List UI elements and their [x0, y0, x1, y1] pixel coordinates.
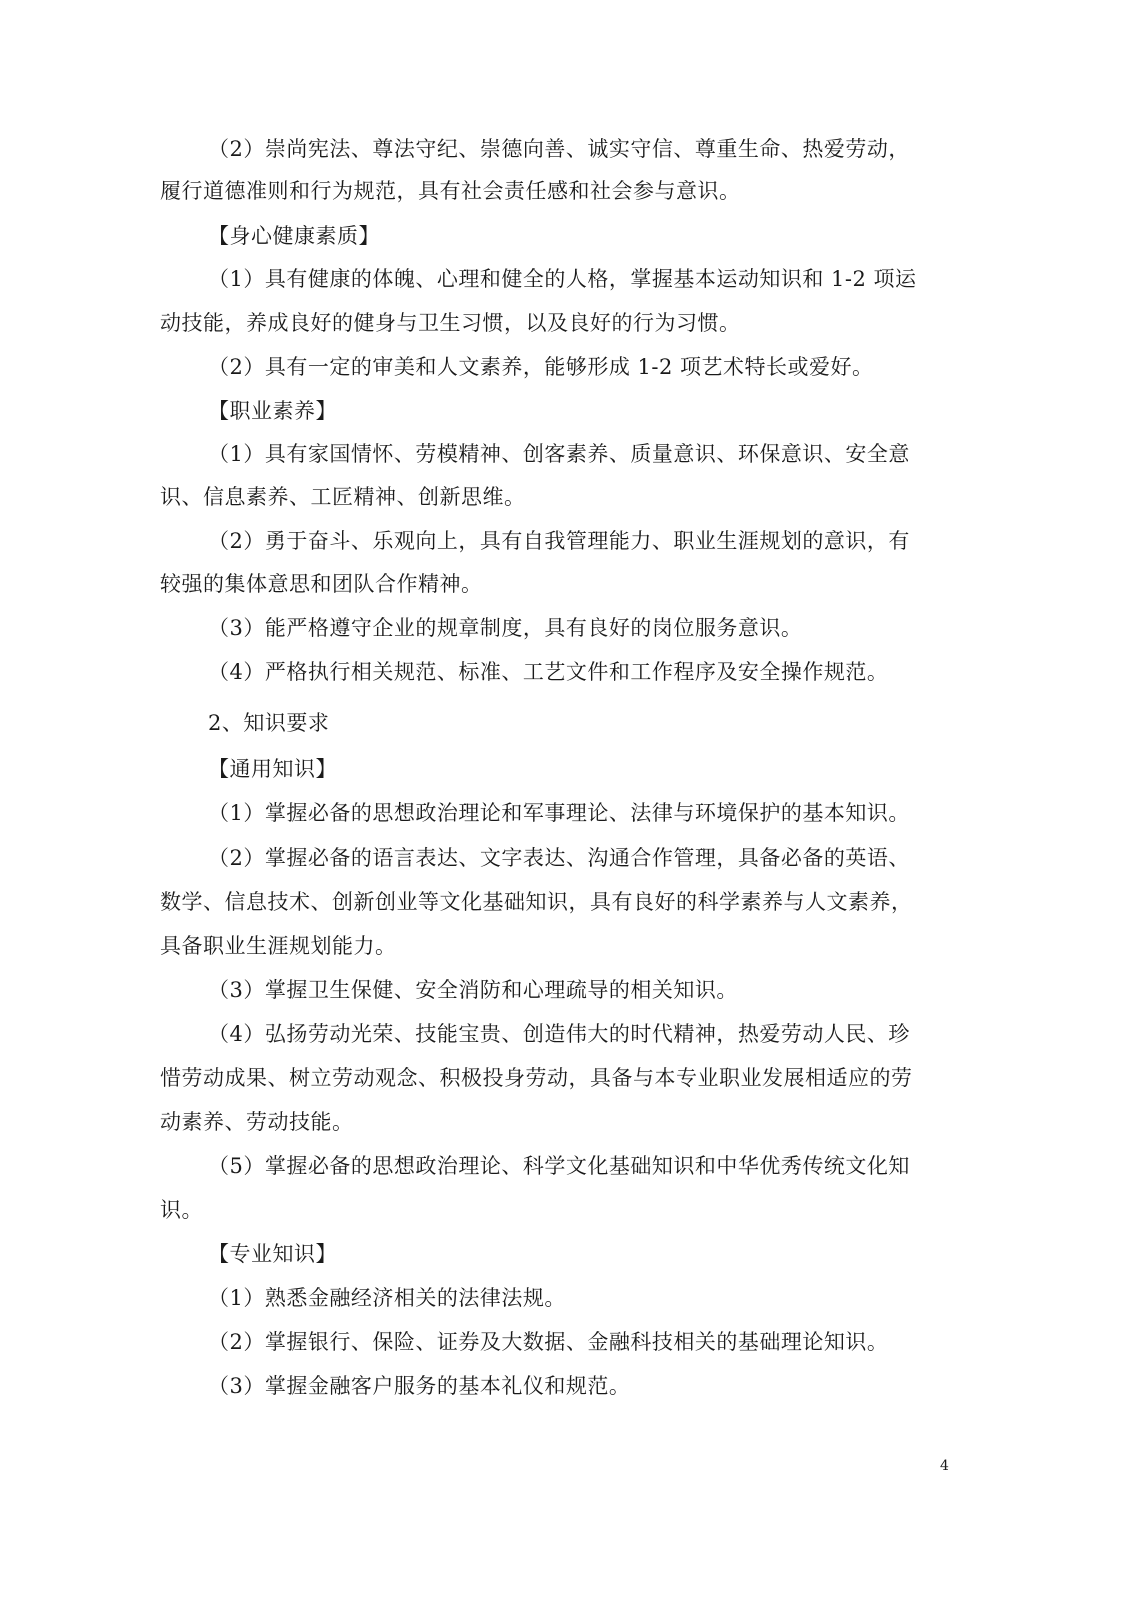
page-number: 4 — [940, 1458, 949, 1474]
text-line: 数学、信息技术、创新创业等文化基础知识，具有良好的科学素养与人文素养， — [160, 881, 940, 923]
text-line: 履行道德准则和行为规范，具有社会责任感和社会参与意识。 — [160, 170, 940, 212]
text-line: （1）具有健康的体魄、心理和健全的人格，掌握基本运动知识和 1-2 项运 — [208, 258, 988, 300]
text-line: 动技能，养成良好的健身与卫生习惯，以及良好的行为习惯。 — [160, 302, 940, 344]
text-line: 识。 — [160, 1189, 940, 1231]
text-line: 2、知识要求 — [208, 702, 988, 744]
text-line: （1）掌握必备的思想政治理论和军事理论、法律与环境保护的基本知识。 — [208, 792, 988, 834]
text-line: （2）勇于奋斗、乐观向上，具有自我管理能力、职业生涯规划的意识，有 — [208, 520, 988, 562]
text-line: （2）掌握银行、保险、证券及大数据、金融科技相关的基础理论知识。 — [208, 1321, 988, 1363]
text-line: 【职业素养】 — [208, 390, 988, 432]
text-line: 较强的集体意思和团队合作精神。 — [160, 563, 940, 605]
text-line: （5）掌握必备的思想政治理论、科学文化基础知识和中华优秀传统文化知 — [208, 1145, 988, 1187]
text-line: 【身心健康素质】 — [208, 215, 988, 257]
text-line: 具备职业生涯规划能力。 — [160, 925, 940, 967]
text-line: （3）掌握金融客户服务的基本礼仪和规范。 — [208, 1365, 988, 1407]
text-line: 动素养、劳动技能。 — [160, 1101, 940, 1143]
text-line: 【通用知识】 — [208, 748, 988, 790]
text-line: 【专业知识】 — [208, 1233, 988, 1275]
text-line: （4）严格执行相关规范、标准、工艺文件和工作程序及安全操作规范。 — [208, 651, 988, 693]
text-line: （1）熟悉金融经济相关的法律法规。 — [208, 1277, 988, 1319]
text-line: （2）崇尚宪法、尊法守纪、崇德向善、诚实守信、尊重生命、热爱劳动， — [208, 128, 988, 170]
document-page: （2）崇尚宪法、尊法守纪、崇德向善、诚实守信、尊重生命、热爱劳动，履行道德准则和… — [0, 0, 1131, 1600]
text-line: 惜劳动成果、树立劳动观念、积极投身劳动，具备与本专业职业发展相适应的劳 — [160, 1057, 940, 1099]
text-line: （3）掌握卫生保健、安全消防和心理疏导的相关知识。 — [208, 969, 988, 1011]
text-line: （3）能严格遵守企业的规章制度，具有良好的岗位服务意识。 — [208, 607, 988, 649]
text-line: （2）掌握必备的语言表达、文字表达、沟通合作管理，具备必备的英语、 — [208, 837, 988, 879]
text-line: 识、信息素养、工匠精神、创新思维。 — [160, 476, 940, 518]
text-line: （4）弘扬劳动光荣、技能宝贵、创造伟大的时代精神，热爱劳动人民、珍 — [208, 1013, 988, 1055]
text-line: （2）具有一定的审美和人文素养，能够形成 1-2 项艺术特长或爱好。 — [208, 346, 988, 388]
text-line: （1）具有家国情怀、劳模精神、创客素养、质量意识、环保意识、安全意 — [208, 433, 988, 475]
